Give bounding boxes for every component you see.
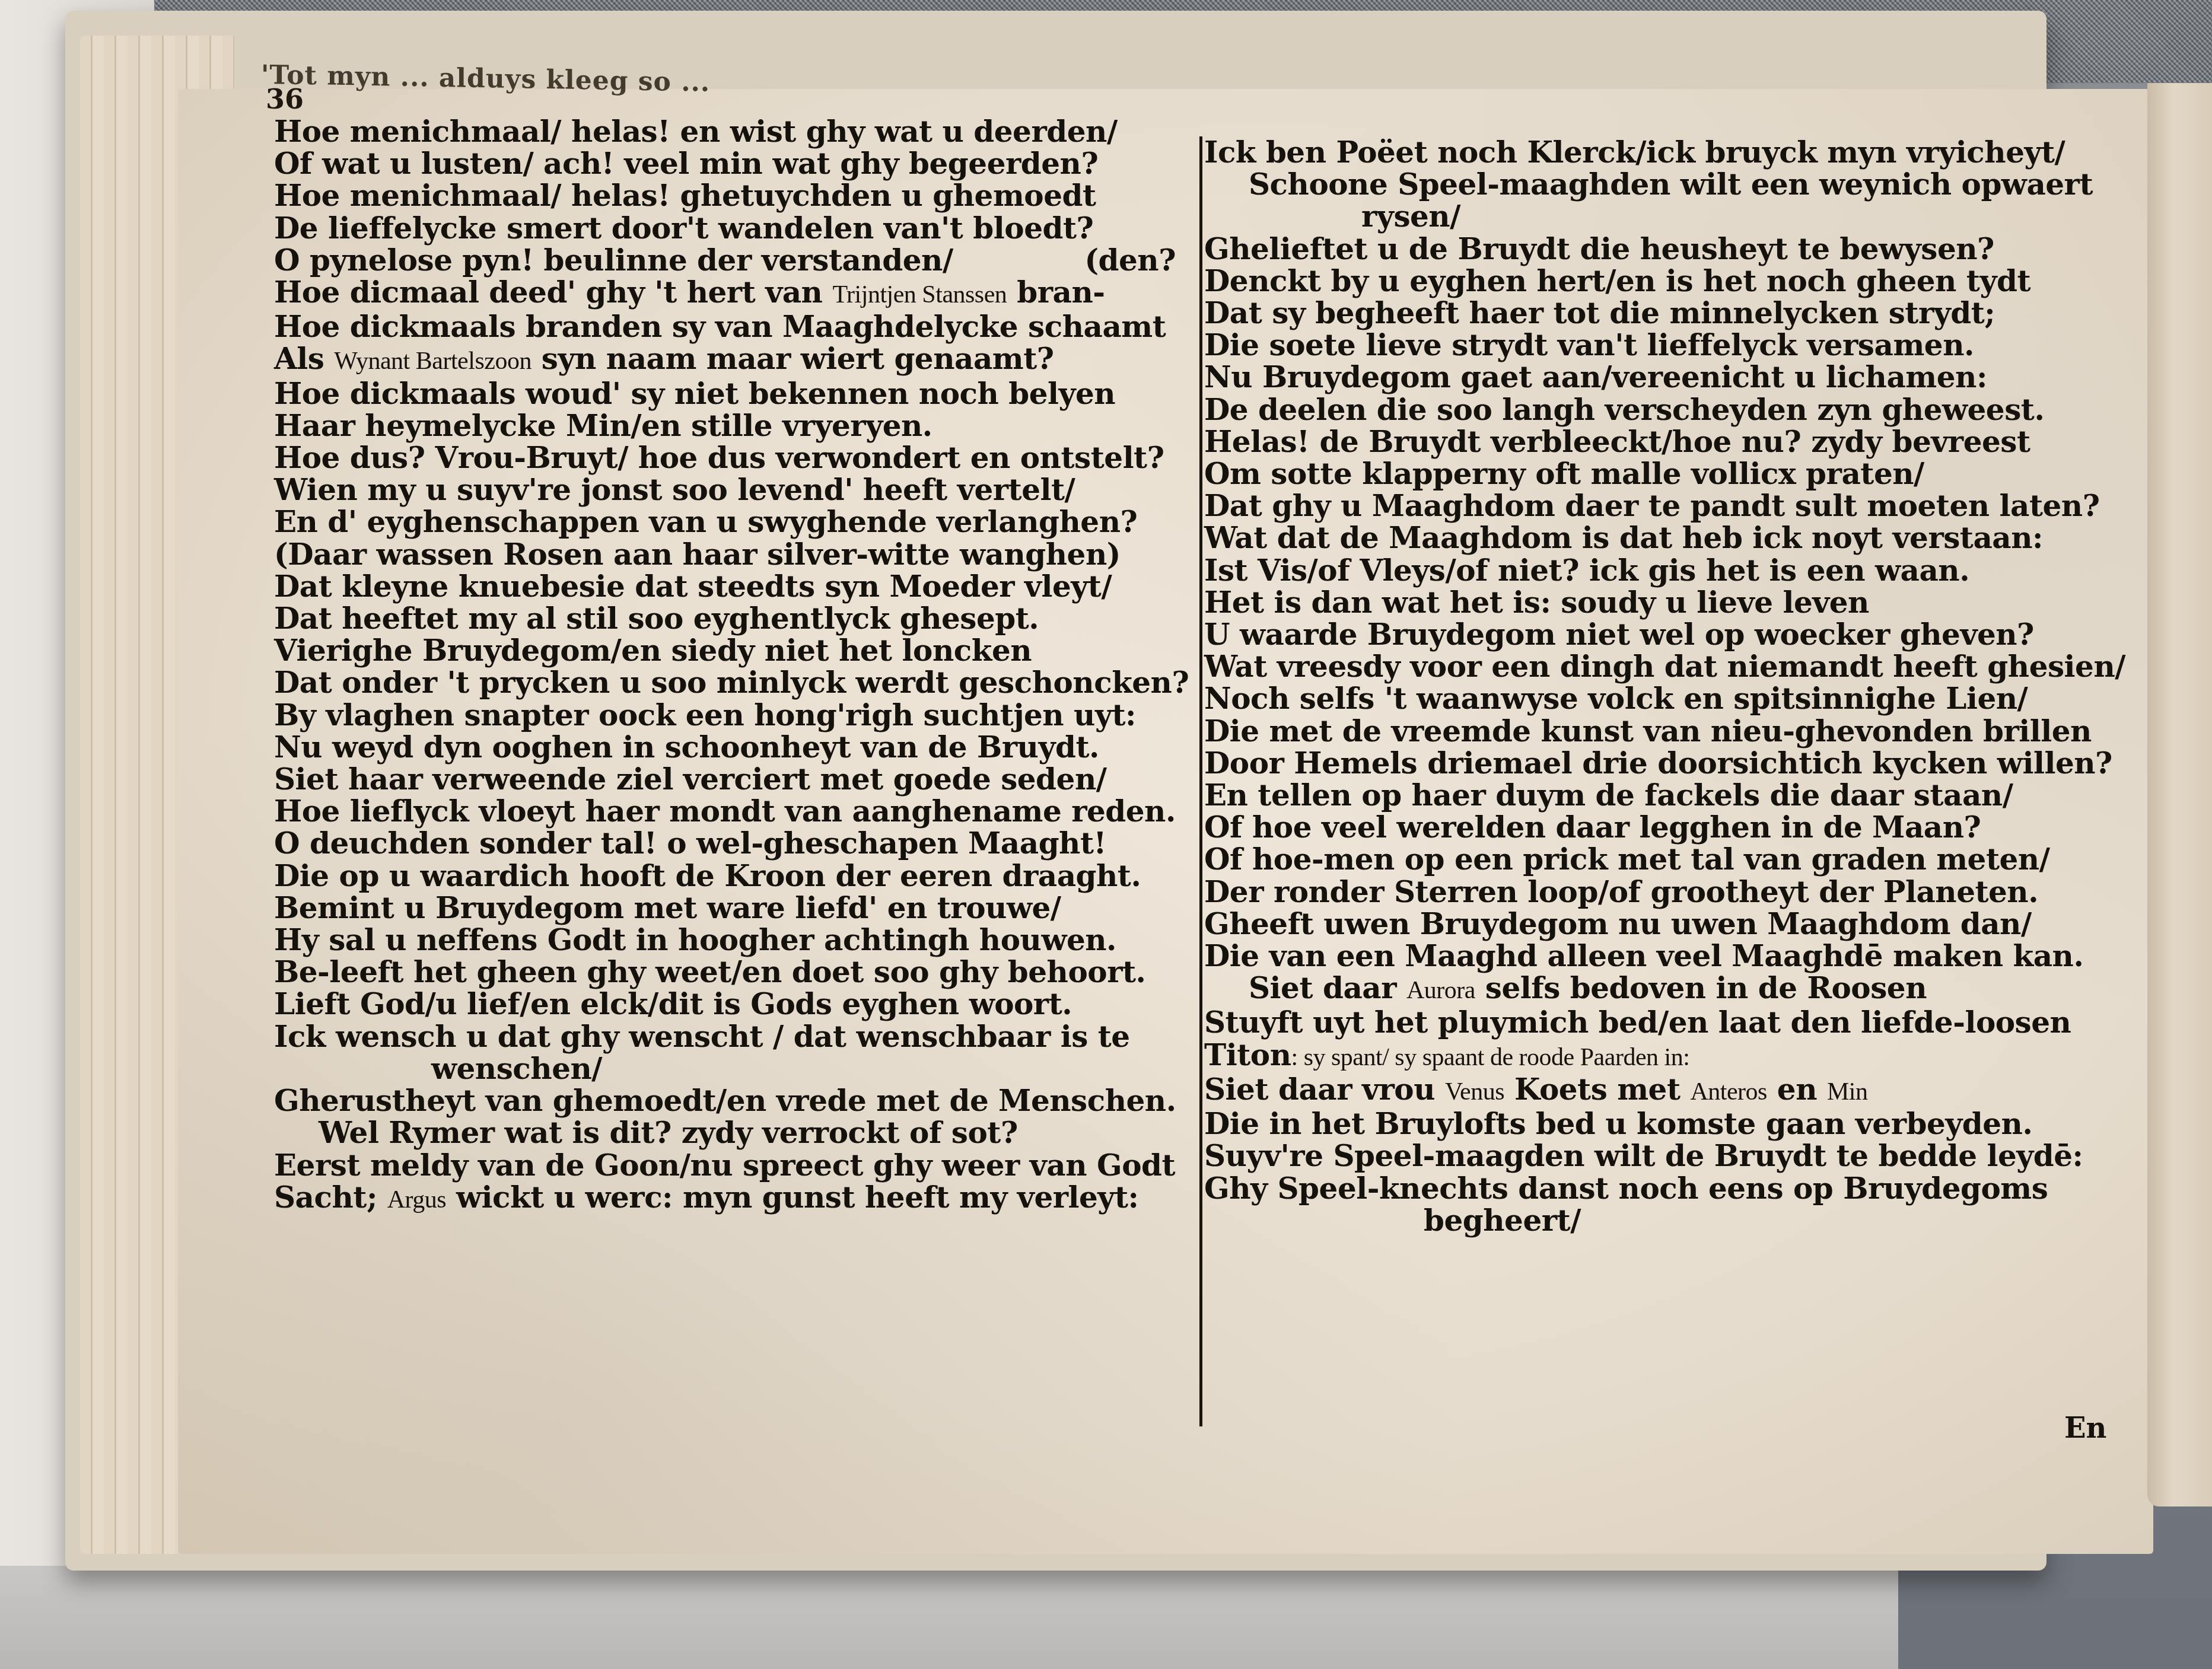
text-line: Lieft God/u lief/en elck/dit is Gods eyg… xyxy=(274,988,1199,1020)
text-line: Titon: sy spant/ sy spaant de roode Paar… xyxy=(1204,1039,2130,1074)
text-line: Hoe dickmaals branden sy van Maaghdelyck… xyxy=(274,311,1199,343)
text-line: Stuyft uyt het pluymich bed/en laat den … xyxy=(1204,1007,2130,1039)
text-line: Om sotte klapperny oft malle vollicx pra… xyxy=(1204,458,2130,490)
line-continuation: (den? xyxy=(1084,244,1176,276)
proper-name: Wynant Bartelszoon xyxy=(334,348,531,375)
proper-name: Trijntjen Stanssen xyxy=(832,281,1007,308)
line-text: Ick ben Poëet noch Klerck/ick bruyck myn… xyxy=(1204,135,2065,170)
line-text: Dat heeftet my al stil soo eyghentlyck g… xyxy=(274,601,1039,636)
text-line: Gheeft uwen Bruydegom nu uwen Maaghdom d… xyxy=(1204,908,2130,940)
line-text: Die met de vreemde kunst van nieu-ghevon… xyxy=(1204,714,2092,748)
line-text: Om sotte klapperny oft malle vollicx pra… xyxy=(1204,456,1924,491)
line-text: Schoone Speel-maaghden wilt een weynich … xyxy=(1249,167,2093,202)
line-text: (Daar wassen Rosen aan haar silver-witte… xyxy=(274,537,1121,572)
line-text: Wien my u suyv're jonst soo levend' heef… xyxy=(274,472,1075,507)
catchword: En xyxy=(2064,1412,2106,1445)
text-line: Sacht; Argus wickt u werc: myn gunst hee… xyxy=(274,1181,1199,1216)
text-line: Of hoe-men op een prick met tal van grad… xyxy=(1204,843,2130,875)
text-line: Ick wensch u dat ghy wenscht / dat wensc… xyxy=(274,1021,1199,1053)
line-text: Die in het Bruylofts bed u komste gaan v… xyxy=(1204,1106,2032,1141)
line-text: Ist Vis/of Vleys/of niet? ick gis het is… xyxy=(1204,553,1969,588)
line-text: U waarde Bruydegom niet wel op woecker g… xyxy=(1204,617,2034,652)
line-text: Be-leeft het gheen ghy weet/en doet soo … xyxy=(274,954,1146,989)
proper-name: Anteros xyxy=(1690,1078,1767,1106)
line-text: Nu weyd dyn ooghen in schoonheyt van de … xyxy=(274,730,1099,765)
text-line: Hoe dicmaal deed' ghy 't hert van Trijnt… xyxy=(274,276,1199,311)
line-text: Of hoe-men op een prick met tal van grad… xyxy=(1204,842,2049,877)
text-line: Hoe lieflyck vloeyt haer mondt van aangh… xyxy=(274,795,1199,827)
text-line: begheert/ xyxy=(1204,1205,2130,1237)
text-line: Schoone Speel-maaghden wilt een weynich … xyxy=(1204,168,2130,200)
text-line: U waarde Bruydegom niet wel op woecker g… xyxy=(1204,619,2130,651)
line-text: Ghelieftet u de Bruydt die heusheyt te b… xyxy=(1204,231,1994,266)
text-line: Ist Vis/of Vleys/of niet? ick gis het is… xyxy=(1204,555,2130,587)
text-line: En tellen op haer duym de fackels die da… xyxy=(1204,779,2130,811)
line-text: Gherustheyt van ghemoedt/en vrede met de… xyxy=(274,1083,1176,1118)
line-text: Titon xyxy=(1204,1037,1291,1072)
text-line: Die in het Bruylofts bed u komste gaan v… xyxy=(1204,1108,2130,1140)
text-line: Vierighe Bruydegom/en siedy niet het lon… xyxy=(274,635,1199,667)
line-text: Siet daar xyxy=(1249,970,1406,1005)
line-text: Helas! de Bruydt verbleeckt/hoe nu? zydy… xyxy=(1204,424,2030,459)
line-text: Dat ghy u Maaghdom daer te pandt sult mo… xyxy=(1204,488,2099,523)
text-line: Die soete lieve strydt van't lieffelyck … xyxy=(1204,329,2130,361)
text-line: Siet daar Aurora selfs bedoven in de Roo… xyxy=(1204,972,2130,1007)
text-line: Dat heeftet my al stil soo eyghentlyck g… xyxy=(274,603,1199,635)
proper-name: : sy spant/ sy spaant de roode Paarden i… xyxy=(1291,1044,1690,1071)
line-text: Of hoe veel werelden daar legghen in de … xyxy=(1204,810,1981,845)
text-line: Denckt by u eyghen hert/en is het noch g… xyxy=(1204,265,2130,297)
line-text: Wat dat de Maaghdom is dat heb ick noyt … xyxy=(1204,520,2043,555)
line-text: Noch selfs 't waanwyse volck en spitsinn… xyxy=(1204,681,2028,716)
line-text: Dat kleyne knuebesie dat steedts syn Moe… xyxy=(274,569,1112,604)
line-text: Haar heymelycke Min/en stille vryeryen. xyxy=(274,408,932,443)
text-line: Hoe menichmaal/ helas! ghetuychden u ghe… xyxy=(274,180,1199,212)
background-surface xyxy=(0,1566,1898,1669)
line-text: Eerst meldy van de Goon/nu spreect ghy w… xyxy=(274,1148,1175,1183)
text-line: Dat kleyne knuebesie dat steedts syn Moe… xyxy=(274,571,1199,603)
line-text: en xyxy=(1767,1072,1827,1107)
text-line: Door Hemels driemael drie doorsichtich k… xyxy=(1204,747,2130,779)
text-line: Hy sal u neffens Godt in hoogher achting… xyxy=(274,924,1199,956)
text-line: Der ronder Sterren loop/of grootheyt der… xyxy=(1204,876,2130,908)
line-text: O deuchden sonder tal! o wel-gheschapen … xyxy=(274,826,1106,861)
line-text: Die soete lieve strydt van't lieffelyck … xyxy=(1204,327,1974,362)
text-line: Ghy Speel-knechts danst noch eens op Bru… xyxy=(1204,1173,2130,1205)
line-text: wickt u werc: myn gunst heeft my verleyt… xyxy=(446,1180,1138,1215)
line-text: begheert/ xyxy=(1424,1203,1581,1238)
text-line: Die op u waardich hooft de Kroon der eer… xyxy=(274,860,1199,892)
text-line: Hoe menichmaal/ helas! en wist ghy wat u… xyxy=(274,116,1199,148)
line-text: Sacht; xyxy=(274,1180,387,1215)
facing-page-edge xyxy=(2147,83,2212,1506)
line-text: bran- xyxy=(1007,275,1105,310)
text-line: Hoe dickmaals woud' sy niet bekennen noc… xyxy=(274,378,1199,410)
line-text: Stuyft uyt het pluymich bed/en laat den … xyxy=(1204,1005,2071,1040)
line-text: Hoe dicmaal deed' ghy 't hert van xyxy=(274,275,832,310)
text-line: Nu Bruydegom gaet aan/vereenicht u licha… xyxy=(1204,361,2130,393)
text-line: Dat ghy u Maaghdom daer te pandt sult mo… xyxy=(1204,490,2130,522)
line-text: Ick wensch u dat ghy wenscht / dat wensc… xyxy=(274,1019,1130,1054)
proper-name: Argus xyxy=(387,1186,446,1213)
line-text: Hoe menichmaal/ helas! en wist ghy wat u… xyxy=(274,114,1118,149)
line-text: Hoe dickmaals woud' sy niet bekennen noc… xyxy=(274,376,1115,411)
line-text: Hoe menichmaal/ helas! ghetuychden u ghe… xyxy=(274,178,1096,213)
line-text: Lieft God/u lief/en elck/dit is Gods eyg… xyxy=(274,986,1072,1021)
line-text: Hy sal u neffens Godt in hoogher achting… xyxy=(274,922,1116,957)
line-text: Het is dan wat het is: soudy u lieve lev… xyxy=(1204,585,1869,620)
line-text: Hoe lieflyck vloeyt haer mondt van aangh… xyxy=(274,794,1176,829)
line-text: De deelen die soo langh verscheyden zyn … xyxy=(1204,392,2044,427)
text-line: Haar heymelycke Min/en stille vryeryen. xyxy=(274,410,1199,442)
line-text: Die op u waardich hooft de Kroon der eer… xyxy=(274,858,1141,893)
line-text: Hoe dus? Vrou-Bruyt/ hoe dus verwondert … xyxy=(274,440,1164,475)
text-line: Siet daar vrou Venus Koets met Anteros e… xyxy=(1204,1074,2130,1108)
line-text: Koets met xyxy=(1504,1072,1690,1107)
text-line: Dat sy begheeft haer tot die minnelycken… xyxy=(1204,297,2130,329)
text-line: Ick ben Poëet noch Klerck/ick bruyck myn… xyxy=(1204,136,2130,168)
text-line: Wel Rymer wat is dit? zydy verrockt of s… xyxy=(274,1117,1199,1149)
text-line: Nu weyd dyn ooghen in schoonheyt van de … xyxy=(274,731,1199,763)
line-text: Die van een Maaghd alleen veel Maaghdē m… xyxy=(1204,938,2083,973)
text-line: Siet haar verweende ziel verciert met go… xyxy=(274,763,1199,795)
line-text: selfs bedoven in de Roosen xyxy=(1475,970,1927,1005)
line-text: Siet daar vrou xyxy=(1204,1072,1445,1107)
text-line: wenschen/ xyxy=(274,1053,1199,1085)
text-line: Wien my u suyv're jonst soo levend' heef… xyxy=(274,474,1199,506)
column-divider-rule xyxy=(1199,136,1202,1426)
text-line: Eerst meldy van de Goon/nu spreect ghy w… xyxy=(274,1149,1199,1181)
line-text: By vlaghen snapter oock een hong'righ su… xyxy=(274,697,1136,732)
text-line: (Daar wassen Rosen aan haar silver-witte… xyxy=(274,539,1199,571)
line-text: O pynelose pyn! beulinne der verstanden/ xyxy=(274,244,953,276)
line-text: Gheeft uwen Bruydegom nu uwen Maaghdom d… xyxy=(1204,906,2032,941)
text-line: Ghelieftet u de Bruydt die heusheyt te b… xyxy=(1204,233,2130,265)
line-text: rysen/ xyxy=(1361,199,1460,234)
text-line: Suyv're Speel-maagden wilt de Bruydt te … xyxy=(1204,1140,2130,1172)
line-text: Wat vreesdy voor een dingh dat niemandt … xyxy=(1204,649,2125,684)
line-text: Vierighe Bruydegom/en siedy niet het lon… xyxy=(274,633,1032,668)
proper-name: Aurora xyxy=(1406,977,1475,1004)
text-line: Wat vreesdy voor een dingh dat niemandt … xyxy=(1204,651,2130,683)
text-line: De lieffelycke smert door't wandelen van… xyxy=(274,212,1199,244)
text-line: By vlaghen snapter oock een hong'righ su… xyxy=(274,699,1199,731)
right-text-column: Ick ben Poëet noch Klerck/ick bruyck myn… xyxy=(1204,136,2130,1237)
text-line: Dat onder 't prycken u soo minlyck werdt… xyxy=(274,667,1199,699)
left-text-column: Hoe menichmaal/ helas! en wist ghy wat u… xyxy=(274,116,1199,1216)
line-text: Wel Rymer wat is dit? zydy verrockt of s… xyxy=(319,1115,1018,1150)
line-text: wenschen/ xyxy=(431,1051,602,1086)
text-line: Of hoe veel werelden daar legghen in de … xyxy=(1204,811,2130,843)
text-line: rysen/ xyxy=(1204,200,2130,232)
line-text: Als xyxy=(274,341,334,376)
line-text: Of wat u lusten/ ach! veel min wat ghy b… xyxy=(274,146,1098,181)
line-text: En tellen op haer duym de fackels die da… xyxy=(1204,778,2013,813)
text-line: Die van een Maaghd alleen veel Maaghdē m… xyxy=(1204,940,2130,972)
text-line: Of wat u lusten/ ach! veel min wat ghy b… xyxy=(274,148,1199,180)
text-line: En d' eyghenschappen van u swyghende ver… xyxy=(274,506,1199,538)
line-text: Denckt by u eyghen hert/en is het noch g… xyxy=(1204,263,2030,298)
line-text: De lieffelycke smert door't wandelen van… xyxy=(274,211,1093,246)
line-text: Der ronder Sterren loop/of grootheyt der… xyxy=(1204,874,2038,909)
line-text: En d' eyghenschappen van u swyghende ver… xyxy=(274,504,1137,539)
line-text: Nu Bruydegom gaet aan/vereenicht u licha… xyxy=(1204,359,1987,394)
line-text: Dat sy begheeft haer tot die minnelycken… xyxy=(1204,295,1995,330)
line-text: Ghy Speel-knechts danst noch eens op Bru… xyxy=(1204,1171,2048,1206)
text-line: Noch selfs 't waanwyse volck en spitsinn… xyxy=(1204,683,2130,715)
text-line: Het is dan wat het is: soudy u lieve lev… xyxy=(1204,587,2130,619)
line-text: Siet haar verweende ziel verciert met go… xyxy=(274,762,1107,797)
text-line: Helas! de Bruydt verbleeckt/hoe nu? zydy… xyxy=(1204,426,2130,458)
line-text: Hoe dickmaals branden sy van Maaghdelyck… xyxy=(274,309,1166,344)
proper-name: Venus xyxy=(1445,1078,1504,1106)
text-line: Die met de vreemde kunst van nieu-ghevon… xyxy=(1204,715,2130,747)
proper-name: Min xyxy=(1827,1078,1868,1106)
text-line: O pynelose pyn! beulinne der verstanden/… xyxy=(274,244,1176,276)
page-number: 36 xyxy=(266,83,304,115)
text-line: O deuchden sonder tal! o wel-gheschapen … xyxy=(274,827,1199,859)
line-text: Dat onder 't prycken u soo minlyck werdt… xyxy=(274,665,1189,700)
text-line: Als Wynant Bartelszoon syn naam maar wie… xyxy=(274,343,1199,377)
text-line: Be-leeft het gheen ghy weet/en doet soo … xyxy=(274,956,1199,988)
line-text: Door Hemels driemael drie doorsichtich k… xyxy=(1204,746,2112,781)
line-text: Bemint u Bruydegom met ware liefd' en tr… xyxy=(274,890,1061,925)
text-line: Wat dat de Maaghdom is dat heb ick noyt … xyxy=(1204,522,2130,554)
text-line: Gherustheyt van ghemoedt/en vrede met de… xyxy=(274,1085,1199,1117)
text-line: Hoe dus? Vrou-Bruyt/ hoe dus verwondert … xyxy=(274,442,1199,474)
text-line: Bemint u Bruydegom met ware liefd' en tr… xyxy=(274,892,1199,924)
text-line: De deelen die soo langh verscheyden zyn … xyxy=(1204,394,2130,426)
line-text: Suyv're Speel-maagden wilt de Bruydt te … xyxy=(1204,1138,2083,1173)
line-text: syn naam maar wiert genaamt? xyxy=(531,341,1054,376)
